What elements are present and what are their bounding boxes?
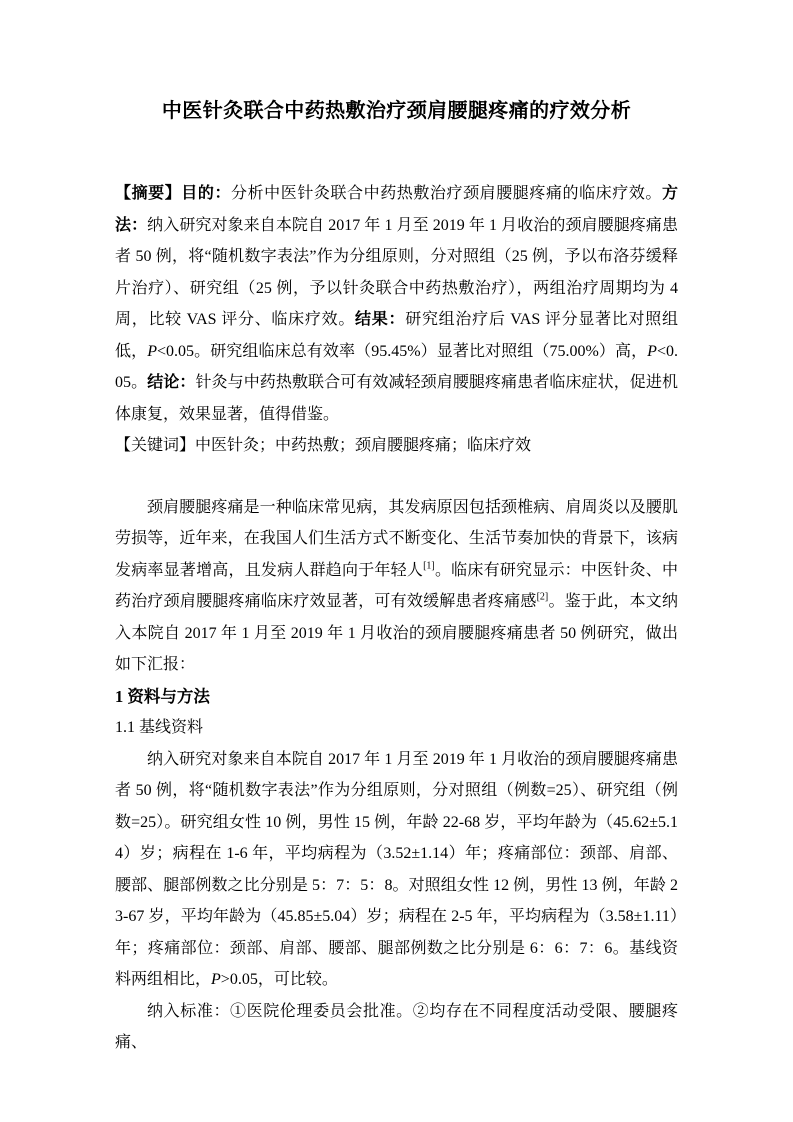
inclusion-criteria-paragraph: 纳入标准：①医院伦理委员会批准。②均存在不同程度活动受限、腰腿疼痛、 <box>115 996 678 1059</box>
introduction-paragraph: 颈肩腰腿疼痛是一种临床常见病，其发病原因包括颈椎病、肩周炎以及腰肌劳损等，近年来… <box>115 492 678 681</box>
document-page: 中医针灸联合中药热敷治疗颈肩腰腿疼痛的疗效分析 【摘要】目的：分析中医针灸联合中… <box>0 0 793 1122</box>
baseline-data-paragraph: 纳入研究对象来自本院自 2017 年 1 月至 2019 年 1 月收治的颈肩腰… <box>115 744 678 996</box>
section-1-1-heading: 1.1 基线资料 <box>115 712 678 744</box>
paper-title: 中医针灸联合中药热敷治疗颈肩腰腿疼痛的疗效分析 <box>115 96 678 126</box>
section-1-heading: 1 资料与方法 <box>115 681 678 713</box>
abstract-paragraph: 【摘要】目的：分析中医针灸联合中药热敷治疗颈肩腰腿疼痛的临床疗效。方法：纳入研究… <box>115 178 678 430</box>
keywords-paragraph: 【关键词】中医针灸；中药热敷；颈肩腰腿疼痛；临床疗效 <box>115 430 678 462</box>
